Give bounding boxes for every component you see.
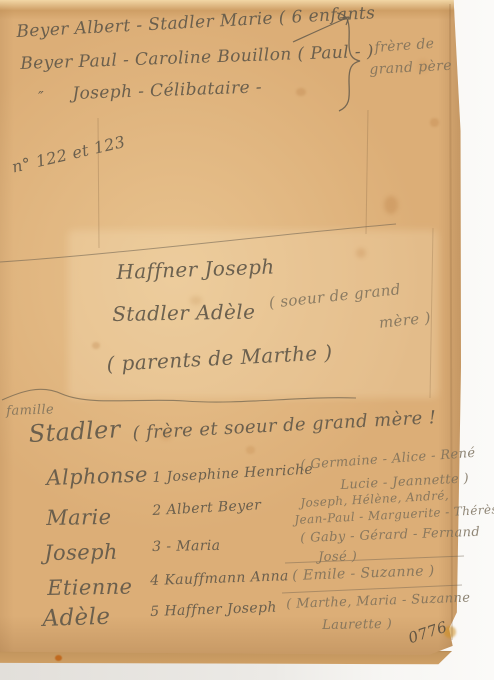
family-member-name: Adèle	[42, 604, 111, 632]
family-name-heading: Stadler	[28, 415, 121, 448]
family-member-name: Marie	[46, 505, 112, 530]
family-member-entry: 3 - Maria	[152, 538, 221, 555]
family-member-name: Alphonse	[46, 462, 148, 490]
scanned-document: Beyer Albert - Stadler Marie ( 6 enfants…	[0, 0, 494, 680]
children-note: Laurette )	[322, 617, 392, 633]
family-label: famille	[6, 402, 54, 419]
family-member-name: Joseph	[44, 540, 118, 565]
children-note: José )	[318, 549, 357, 565]
ditto-mark: ″	[38, 88, 44, 106]
family-member-name: Etienne	[47, 575, 133, 600]
middle-wife: Stadler Adèle	[112, 300, 256, 326]
